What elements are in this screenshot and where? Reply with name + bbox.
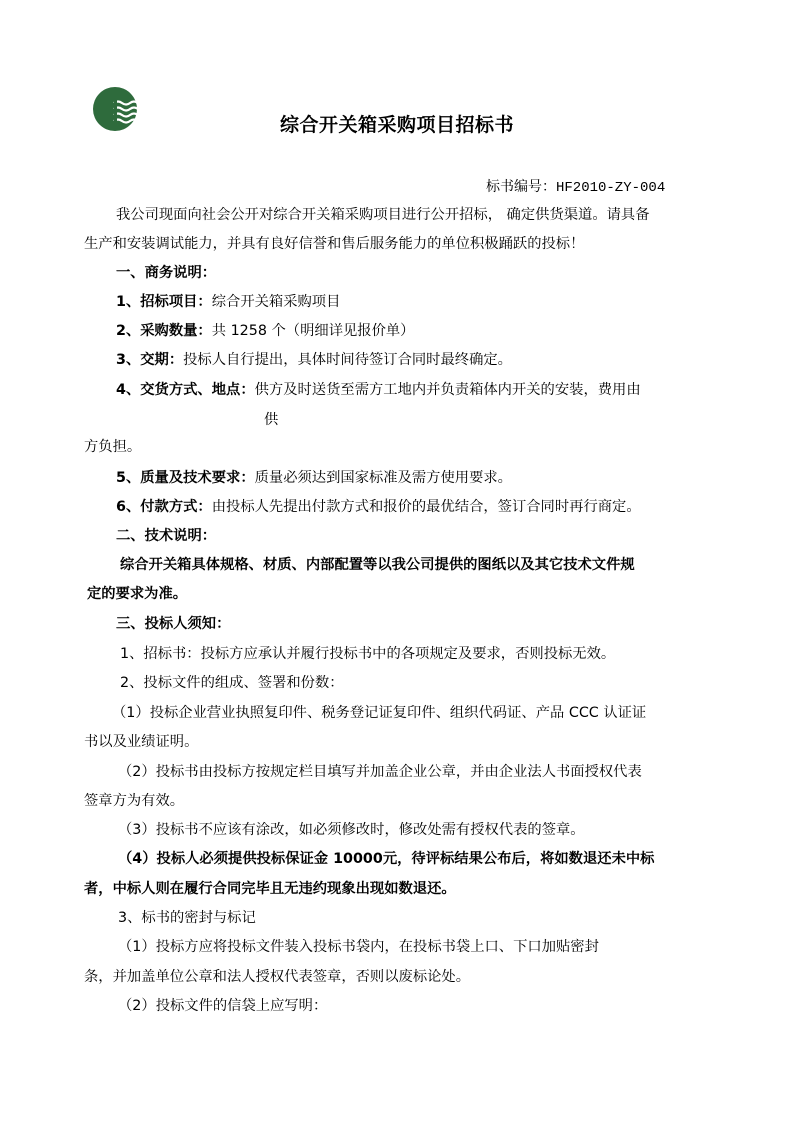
section-heading-bidder: 三、投标人须知： bbox=[116, 614, 230, 634]
item-text: 供方及时送货至需方工地内并负责箱体内开关的安装，费用由 bbox=[255, 382, 641, 398]
section-heading-business: 一、商务说明： bbox=[116, 263, 216, 283]
doc-number-label: 标书编号： bbox=[486, 179, 556, 195]
item-label: 3、交期： bbox=[116, 352, 183, 368]
business-item-1: 1、招标项目：综合开关箱采购项目 bbox=[116, 292, 340, 312]
item-text: 质量必须达到国家标准及需方使用要求。 bbox=[255, 470, 512, 486]
technical-line-1: 综合开关箱具体规格、材质、内部配置等以我公司提供的图纸以及其它技术文件规 bbox=[120, 555, 635, 575]
bidder-p2-4a: （4）投标人必须提供投标保证金 10000元，待评标结果公布后，将如数退还未中标 bbox=[118, 849, 654, 869]
technical-line-2: 定的要求为准。 bbox=[87, 584, 187, 604]
section-heading-technical: 二、技术说明： bbox=[116, 526, 216, 546]
bidder-p3-1b: 条，并加盖单位公章和法人授权代表签章，否则以废标论处。 bbox=[84, 967, 470, 987]
item-label: 4、交货方式、地点： bbox=[116, 382, 255, 398]
intro-line-1: 我公司现面向社会公开对综合开关箱采购项目进行公开招标， 确定供货渠道。请具备 bbox=[116, 205, 650, 225]
bidder-p2-2b: 签章方为有效。 bbox=[84, 791, 184, 811]
item-text: 共 1258 个（明细详见报价单） bbox=[212, 323, 415, 339]
business-item-3: 3、交期：投标人自行提出，具体时间待签订合同时最终确定。 bbox=[116, 350, 512, 370]
item-text: 投标人自行提出，具体时间待签订合同时最终确定。 bbox=[183, 352, 512, 368]
bidder-p2-1b: 书以及业绩证明。 bbox=[84, 732, 198, 752]
bidder-p2-2a: （2）投标书由投标方按规定栏目填写并加盖企业公章，并由企业法人书面授权代表 bbox=[118, 762, 642, 782]
bidder-p3-1a: （1）投标方应将投标文件装入投标书袋内，在投标书袋上口、下口加贴密封 bbox=[118, 937, 599, 957]
bidder-p2-4b: 者，中标人则在履行合同完毕且无违约现象出现如数退还。 bbox=[84, 879, 456, 899]
item-text: 由投标人先提出付款方式和报价的最优结合，签订合同时再行商定。 bbox=[212, 499, 641, 515]
business-item-6: 6、付款方式：由投标人先提出付款方式和报价的最优结合，签订合同时再行商定。 bbox=[116, 497, 641, 517]
business-item-5: 5、质量及技术要求：质量必须达到国家标准及需方使用要求。 bbox=[116, 468, 512, 488]
item-label: 5、质量及技术要求： bbox=[116, 470, 255, 486]
bidder-p2-1a: （1）投标企业营业执照复印件、税务登记证复印件、组织代码证、产品 CCC 认证证 bbox=[112, 703, 646, 723]
bidder-p3-2: （2）投标文件的信袋上应写明： bbox=[118, 996, 327, 1016]
bidder-p2-3: （3）投标书不应该有涂改，如必须修改时，修改处需有授权代表的签章。 bbox=[118, 820, 585, 840]
business-item-4: 4、交货方式、地点：供方及时送货至需方工地内并负责箱体内开关的安装，费用由 bbox=[116, 380, 641, 400]
bidder-p3: 3、标书的密封与标记 bbox=[118, 908, 256, 928]
doc-number-value: HF2010-ZY-004 bbox=[556, 180, 665, 196]
item-label: 6、付款方式： bbox=[116, 499, 212, 515]
business-item-4-cont: 方负担。 bbox=[84, 437, 141, 457]
bidder-p1: 1、招标书：投标方应承认并履行投标书中的各项规定及要求，否则投标无效。 bbox=[120, 644, 615, 664]
document-title: 综合开关箱采购项目招标书 bbox=[0, 110, 794, 137]
bidder-p2: 2、投标文件的组成、签署和份数： bbox=[120, 673, 344, 693]
item-label: 2、采购数量： bbox=[116, 323, 212, 339]
doc-number: 标书编号：HF2010-ZY-004 bbox=[486, 176, 665, 196]
business-item-4-wrap: 供 bbox=[264, 410, 278, 430]
business-item-2: 2、采购数量：共 1258 个（明细详见报价单） bbox=[116, 321, 414, 341]
item-text: 综合开关箱采购项目 bbox=[212, 294, 341, 310]
intro-line-2: 生产和安装调试能力，并具有良好信誉和售后服务能力的单位积极踊跃的投标！ bbox=[84, 234, 584, 254]
item-label: 1、招标项目： bbox=[116, 294, 212, 310]
